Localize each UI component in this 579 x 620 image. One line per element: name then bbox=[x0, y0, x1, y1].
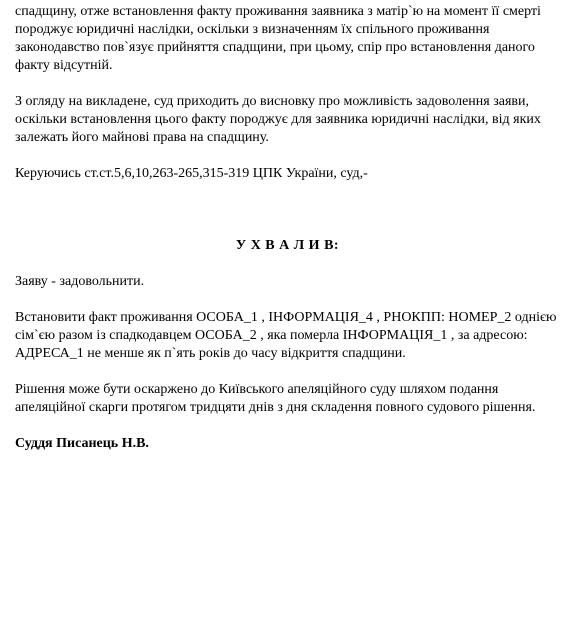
ruling-heading: У Х В А Л И В: bbox=[15, 237, 560, 255]
text-line: Рішення може бути оскаржено до Київськог… bbox=[15, 381, 575, 399]
paragraph-appeal: Рішення може бути оскаржено до Київськог… bbox=[15, 381, 575, 417]
text-line: породжує юридичні наслідки, оскільки з в… bbox=[15, 21, 575, 39]
paragraph-grant: Заяву - задовольнити. bbox=[15, 273, 575, 291]
paragraph-spacer bbox=[15, 417, 575, 435]
text-line: спадщину, отже встановлення факту прожив… bbox=[15, 3, 575, 21]
text-line: апеляційної скарги протягом тридцяти дні… bbox=[15, 399, 575, 417]
paragraph-conclusion: З огляду на викладене, суд приходить до … bbox=[15, 93, 575, 147]
paragraph-spacer bbox=[15, 147, 575, 165]
paragraph-spacer bbox=[15, 363, 575, 381]
text-line: Керуючись ст.ст.5,6,10,263-265,315-319 Ц… bbox=[15, 165, 575, 183]
text-line: З огляду на викладене, суд приходить до … bbox=[15, 93, 575, 111]
text-line: Заяву - задовольнити. bbox=[15, 273, 575, 291]
text-line: Встановити факт проживання ОСОБА_1 , ІНФ… bbox=[15, 309, 575, 327]
paragraph-spacer bbox=[15, 291, 575, 309]
judge-signature: Суддя Писанець Н.В. bbox=[15, 435, 575, 453]
text-line: законодавство пов`язує прийняття спадщин… bbox=[15, 39, 575, 57]
paragraph-legal-basis: Керуючись ст.ст.5,6,10,263-265,315-319 Ц… bbox=[15, 165, 575, 183]
paragraph-spacer bbox=[15, 75, 575, 93]
text-line: факту відсутній. bbox=[15, 57, 575, 75]
text-line: АДРЕСА_1 не менше як п`ять років до часу… bbox=[15, 345, 575, 363]
text-line: оскільки встановлення цього факту породж… bbox=[15, 111, 575, 129]
court-ruling-document: спадщину, отже встановлення факту прожив… bbox=[15, 3, 575, 453]
paragraph-spacer bbox=[15, 255, 575, 273]
paragraph-reasoning: спадщину, отже встановлення факту прожив… bbox=[15, 3, 575, 75]
paragraph-spacer bbox=[15, 183, 575, 237]
paragraph-establish-fact: Встановити факт проживання ОСОБА_1 , ІНФ… bbox=[15, 309, 575, 363]
text-line: залежать його майнові права на спадщину. bbox=[15, 129, 575, 147]
text-line: сім`єю разом із спадкодавцем ОСОБА_2 , я… bbox=[15, 327, 575, 345]
